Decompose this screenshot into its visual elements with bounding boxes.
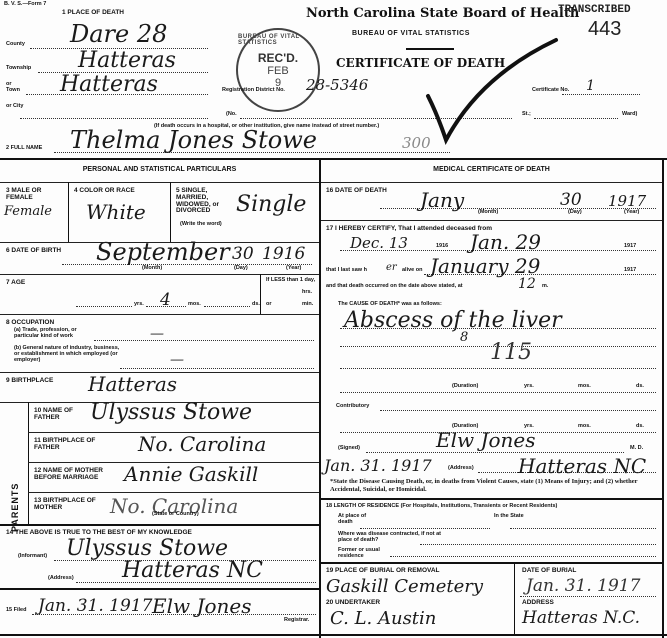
row-rule: [0, 314, 319, 315]
signed-label: (Signed): [338, 446, 360, 452]
marital-value: Single: [236, 192, 306, 217]
form-id: B. V. S.—Form 7: [4, 2, 46, 8]
dod-day-caption: (Day): [568, 210, 582, 216]
occupation-b-label: (b) General nature of industry, business…: [14, 346, 124, 363]
frame-middle: [319, 158, 321, 638]
cause-value: Abscess of the liver: [344, 308, 562, 333]
state-country-caption: (State or Country): [152, 512, 199, 518]
undertaker-address-label: ADDRESS: [522, 600, 554, 607]
former-residence-label: Former or usual residence: [338, 548, 382, 560]
attended-from-year: 1916: [436, 244, 448, 250]
col-rule: [260, 274, 261, 314]
signed-line: [366, 452, 624, 453]
registrar-value: Elw Jones: [152, 594, 252, 618]
attended-to: Jan. 29: [470, 230, 541, 254]
col-rule: [170, 182, 171, 242]
last-saw-year: 1917: [624, 268, 636, 274]
county-value: Dare 28: [70, 20, 167, 48]
no-label: (No.: [226, 112, 237, 118]
death-time-value: 12: [518, 276, 536, 292]
dod-year-caption: (Year): [624, 210, 639, 216]
death-time-label: and that death occurred on the date abov…: [326, 284, 463, 290]
county-label: County: [6, 42, 25, 48]
signed-value: Elw Jones: [436, 428, 536, 452]
at-place-line: [360, 528, 490, 529]
medical-section-title: MEDICAL CERTIFICATE OF DEATH: [321, 166, 662, 173]
marital-label: 5 SINGLE, MARRIED, WIDOWED, or DIVORCED: [176, 188, 240, 215]
birthplace-value: Hatteras: [88, 372, 177, 396]
transcribed-stamp: TRANSCRIBED: [558, 4, 631, 16]
parents-label: PARENTS: [10, 422, 20, 532]
undertaker-value: C. L. Austin: [330, 608, 436, 629]
town-label: or Town: [6, 82, 26, 94]
filed-value: Jan. 31. 1917: [38, 596, 152, 616]
occupation-a-line: [94, 340, 314, 341]
certificate-no-line: [562, 94, 640, 95]
cause-annotation-2: 115: [490, 340, 532, 365]
city-line: [20, 118, 208, 119]
undertaker-address-value: Hatteras N.C.: [522, 608, 640, 628]
duration-yrs-label: yrs.: [524, 384, 534, 390]
row-rule: [0, 588, 319, 590]
age-label: 7 AGE: [6, 280, 25, 287]
row-rule: [321, 498, 662, 500]
township-label: Township: [6, 66, 31, 72]
full-name-label: 2 FULL NAME: [6, 146, 42, 152]
contracted-label: Where was disease contracted, if not at …: [338, 532, 448, 544]
town-value: Hatteras: [60, 72, 158, 97]
row-rule: [321, 562, 662, 564]
dob-year-caption: (Year): [286, 266, 301, 272]
contrib-mos-label: mos.: [578, 424, 591, 430]
township-value: Hatteras: [78, 48, 176, 73]
contracted-line: [420, 544, 656, 545]
occupation-b-line: [120, 368, 314, 369]
dob-day: 30: [232, 244, 254, 264]
father-birthplace-label: 11 BIRTHPLACE OF FATHER: [34, 438, 104, 452]
contrib-ds-label: ds.: [636, 424, 644, 430]
row-rule: [0, 274, 319, 275]
place-of-death-label: 1 PLACE OF DEATH: [62, 10, 124, 17]
mother-name-label: 12 NAME OF MOTHER BEFORE MARRIAGE: [34, 468, 124, 482]
md-label: M. D.: [630, 446, 643, 452]
stamp-ring-text: BUREAU OF VITAL STATISTICS: [238, 34, 318, 46]
city-label: or City: [6, 104, 26, 110]
age-ds-line: [204, 306, 250, 307]
last-saw-date: January 29: [430, 254, 540, 278]
signed-address-label: (Address): [448, 466, 474, 472]
or-label: or: [266, 302, 272, 308]
stamp-received: REC'D.: [258, 51, 298, 65]
race-value: White: [86, 200, 146, 224]
occupation-label: 8 OCCUPATION: [6, 320, 54, 327]
occupation-a-label: (a) Trade, profession, or particular kin…: [14, 328, 94, 340]
transcribed-number: 443: [588, 18, 621, 41]
dod-month-caption: (Month): [478, 210, 498, 216]
duration-line: [340, 392, 656, 393]
col-rule: [68, 182, 69, 242]
registration-label: Registration District No.: [222, 88, 285, 94]
residence-label: 18 LENGTH OF RESIDENCE (For Hospitals, I…: [326, 504, 557, 510]
row-rule: [0, 182, 319, 183]
father-name-label: 10 NAME OF FATHER: [34, 408, 94, 422]
occupation-b-value: —: [170, 352, 184, 368]
stamp-month: FEB: [267, 65, 288, 77]
in-state-label: In the State: [494, 514, 524, 520]
filed-label: 15 Filed: [6, 608, 26, 614]
last-saw-pronoun: er: [386, 262, 397, 273]
dod-day: 30: [560, 190, 582, 210]
dob-month: September: [96, 238, 230, 266]
dob-day-caption: (Day): [234, 266, 248, 272]
row-rule: [321, 220, 662, 221]
m-label: m.: [542, 284, 548, 290]
col-rule: [514, 562, 515, 634]
certify-label: 17 I HEREBY CERTIFY, That I attended dec…: [326, 226, 492, 233]
less-than-label: If LESS than 1 day,: [266, 278, 318, 284]
signed-address-value: Hatteras NC: [518, 454, 646, 478]
contributory-label: Contributory: [336, 404, 369, 410]
dod-year: 1917: [608, 192, 646, 210]
at-place-label: At place of death: [338, 514, 378, 526]
alive-on-label: alive on: [402, 268, 422, 274]
frame-right: [662, 158, 664, 638]
min-label: min.: [302, 302, 313, 308]
duration-label: (Duration): [452, 384, 478, 390]
age-yrs-label: yrs.: [134, 302, 144, 308]
duration-ds-label: ds.: [636, 384, 644, 390]
former-residence-line: [390, 556, 656, 557]
registration-value: 28-5346: [306, 76, 368, 94]
dod-month: Jany: [420, 188, 464, 212]
frame-top: [0, 158, 667, 160]
row-rule: [0, 524, 319, 526]
marital-note: (Write the word): [180, 222, 222, 228]
checkmark-icon: [420, 36, 560, 146]
burial-date-line: [520, 596, 656, 597]
row-rule: [321, 182, 662, 183]
cause-label: The CAUSE OF DEATH* was as follows:: [338, 302, 442, 308]
informant-address-value: Hatteras NC: [122, 558, 263, 583]
duration-mos-label: mos.: [578, 384, 591, 390]
birthplace-label: 9 BIRTHPLACE: [6, 378, 53, 385]
burial-date-value: Jan. 31. 1917: [526, 576, 640, 596]
age-yrs-line: [76, 306, 132, 307]
dob-month-caption: (Month): [142, 266, 162, 272]
attended-from: Dec. 13: [350, 234, 408, 252]
registrar-label: Registrar.: [284, 618, 309, 624]
dob-label: 6 DATE OF BIRTH: [6, 248, 61, 255]
received-stamp: BUREAU OF VITAL STATISTICS REC'D. FEB 9: [236, 28, 320, 112]
personal-section-title: PERSONAL AND STATISTICAL PARTICULARS: [0, 166, 319, 173]
age-mos-value: 4: [160, 290, 171, 310]
mother-name-value: Annie Gaskill: [124, 462, 258, 486]
certificate-no-value: 1: [586, 78, 595, 94]
cause-annotation-1: 8: [460, 330, 468, 345]
burial-place-label: 19 PLACE OF BURIAL OR REMOVAL: [326, 568, 440, 575]
full-name-value: Thelma Jones Stowe: [70, 126, 317, 154]
cause-footnote: *State the Disease Causing Death, or, in…: [330, 478, 660, 494]
col-rule: [28, 402, 29, 526]
age-ds-label: ds.: [252, 302, 260, 308]
burial-date-label: DATE OF BURIAL: [522, 568, 576, 575]
sex-label: 3 MALE OR FEMALE: [6, 188, 66, 202]
attended-to-year: 1917: [624, 244, 636, 250]
row-rule: [28, 492, 319, 493]
ward-label: Ward): [622, 112, 637, 118]
burial-place-value: Gaskill Cemetery: [326, 576, 483, 597]
race-label: 4 COLOR OR RACE: [74, 188, 135, 195]
dod-label: 16 DATE OF DEATH: [326, 188, 387, 195]
informant-label: (Informant): [18, 554, 47, 560]
undertaker-label: 20 UNDERTAKER: [326, 600, 380, 607]
dob-year: 1916: [262, 244, 305, 264]
contributory-line: [380, 410, 656, 411]
cause-line-3: [340, 368, 656, 369]
age-mos-label: mos.: [188, 302, 201, 308]
occupation-a-value: —: [150, 326, 164, 342]
informant-address-label: (Address): [48, 576, 74, 582]
father-birthplace-value: No. Carolina: [138, 432, 266, 456]
father-name-value: Ulyssus Stowe: [90, 400, 252, 425]
in-state-line: [510, 528, 656, 529]
signed-date: Jan. 31. 1917: [324, 456, 432, 475]
mother-birthplace-label: 13 BIRTHPLACE OF MOTHER: [34, 498, 104, 512]
frame-bottom: [0, 634, 667, 636]
last-saw-label: that I last saw h: [326, 268, 367, 274]
hrs-label: hrs.: [302, 290, 312, 296]
sex-value: Female: [4, 204, 52, 219]
